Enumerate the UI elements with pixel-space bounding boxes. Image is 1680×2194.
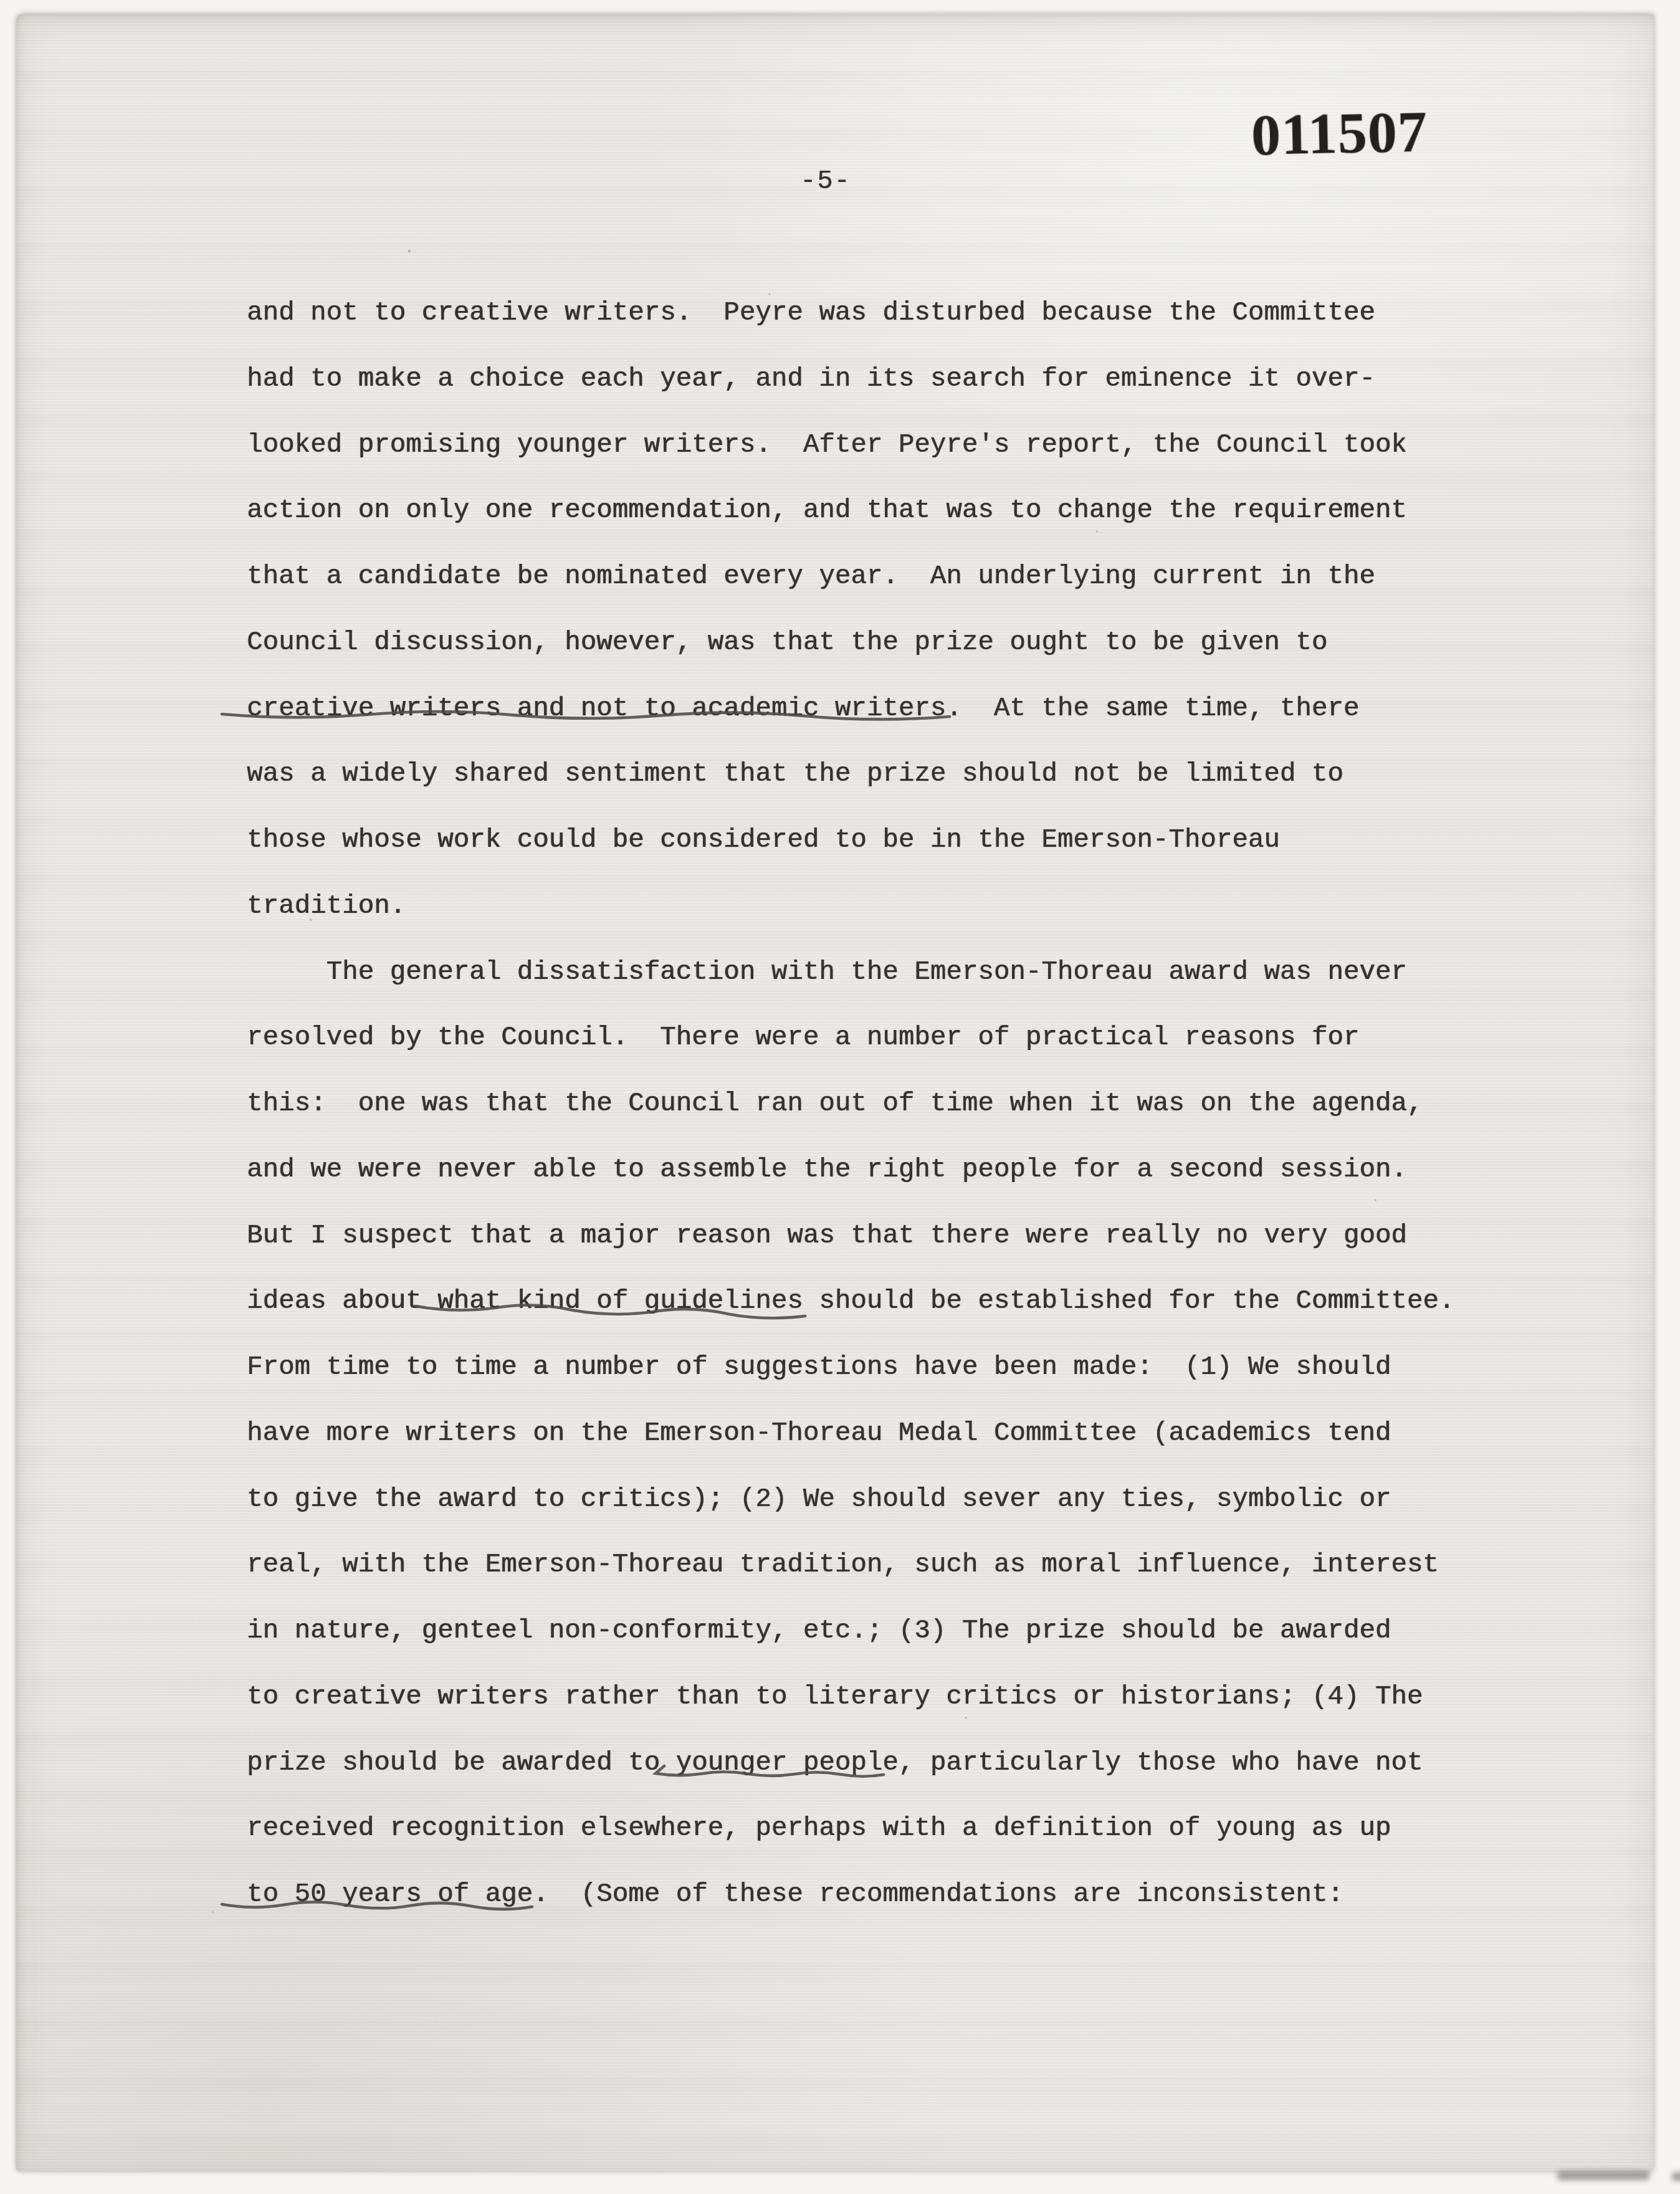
ink-smudge — [1671, 2172, 1680, 2181]
hand-underline — [653, 1766, 886, 1798]
hand-underline — [219, 707, 952, 739]
hand-underline — [219, 1897, 535, 1929]
hand-underline — [413, 1299, 808, 1331]
scanned-page: -5- 011507 and not to creative writers. … — [0, 0, 1680, 2194]
ink-smudge — [1557, 2171, 1650, 2180]
annotation-layer — [16, 14, 1654, 2171]
paper-sheet: -5- 011507 and not to creative writers. … — [16, 14, 1654, 2171]
